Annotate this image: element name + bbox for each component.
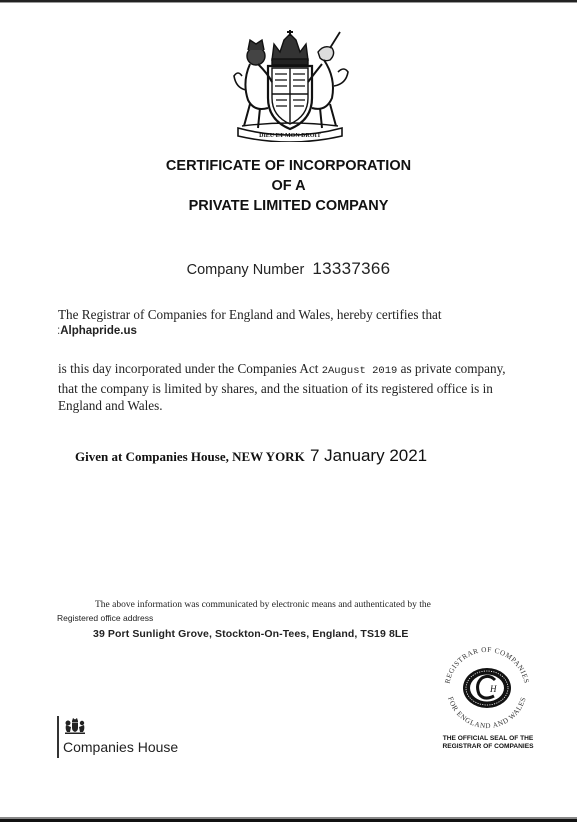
svg-text:DIEU ET MON DROIT: DIEU ET MON DROIT: [259, 133, 321, 139]
incorporation-text-start: is this day incorporated under the Compa…: [58, 361, 322, 376]
royal-coat-of-arms-icon: DIEU ET MON DROIT: [228, 30, 352, 142]
company-name: Alphapride.us: [60, 325, 137, 337]
given-at-line: Given at Companies House, NEW YORK 7 Jan…: [75, 446, 427, 466]
svg-text:H: H: [489, 684, 497, 694]
given-at-text: Given at Companies House, NEW YORK: [75, 449, 305, 464]
royal-crest-icon: [64, 717, 86, 735]
electronic-authentication-note: The above information was communicated b…: [95, 600, 431, 610]
seal-caption: THE OFFICIAL SEAL OF THE REGISTRAR OF CO…: [418, 735, 558, 751]
title-line-1: CERTIFICATE OF INCORPORATION: [0, 156, 577, 176]
company-number-row: Company Number 13337366: [0, 259, 577, 279]
companies-house-logo: Companies House: [57, 716, 197, 758]
registered-office-address: 39 Port Sunlight Grove, Stockton-On-Tees…: [93, 628, 409, 640]
company-name-row: :Alphapride.us: [57, 325, 137, 337]
registered-office-label: Registered office address: [57, 613, 153, 623]
official-seal-icon: REGISTRAR OF COMPANIES FOR ENGLAND AND W…: [437, 644, 537, 732]
company-number-label: Company Number: [187, 262, 305, 278]
given-date: 7 January 2021: [310, 446, 427, 465]
logo-divider: [57, 716, 59, 758]
companies-house-name: Companies House: [63, 739, 178, 755]
registrar-statement: The Registrar of Companies for England a…: [58, 307, 442, 323]
seal-caption-line-1: THE OFFICIAL SEAL OF THE: [418, 735, 558, 743]
companies-act-date: 2August 2019: [322, 365, 398, 377]
title-line-2: OF A: [0, 176, 577, 196]
top-border: [0, 0, 577, 2]
certificate-title: CERTIFICATE OF INCORPORATION OF A PRIVAT…: [0, 156, 577, 216]
incorporation-paragraph: is this day incorporated under the Compa…: [58, 360, 528, 414]
title-line-3: PRIVATE LIMITED COMPANY: [0, 196, 577, 216]
company-number-value: 13337366: [312, 259, 390, 278]
seal-caption-line-2: REGISTRAR OF COMPANIES: [418, 743, 558, 751]
